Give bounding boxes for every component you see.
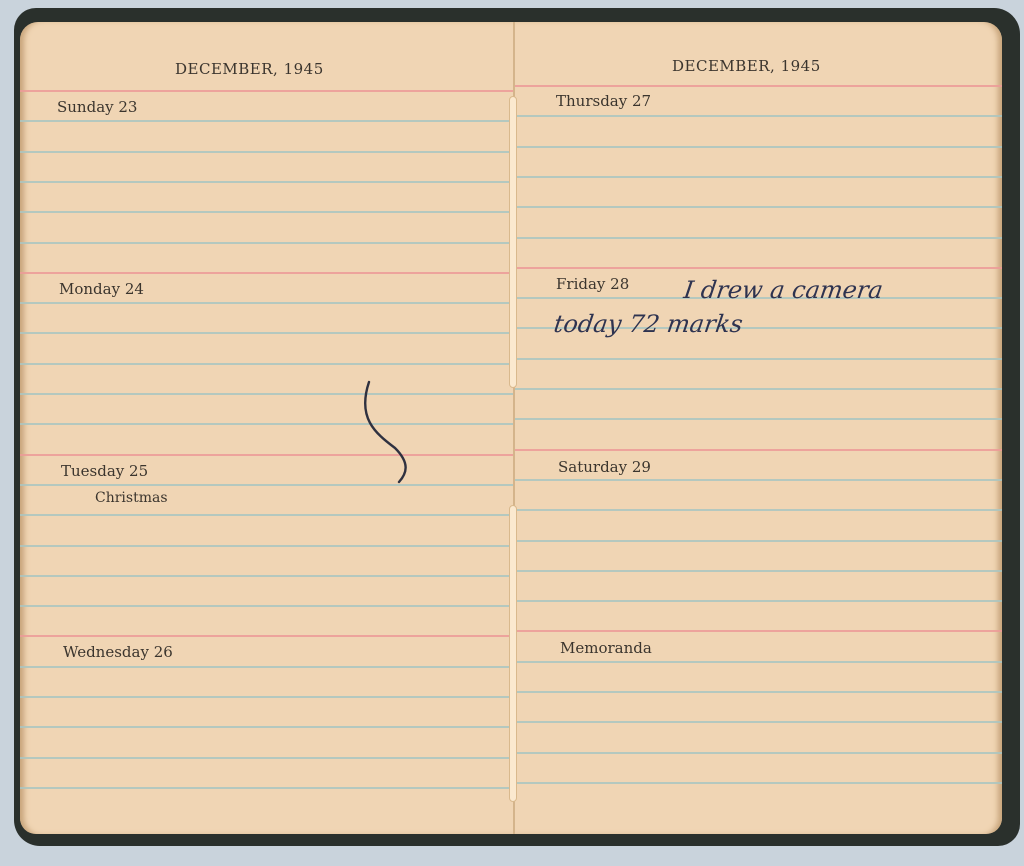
blue-rule-line [514, 509, 1002, 511]
blue-rule-line [20, 120, 514, 122]
blue-rule-line [20, 757, 514, 759]
blue-rule-line [20, 605, 514, 607]
day-label-saturday: Saturday 29 [558, 458, 651, 476]
day-label-monday: Monday 24 [59, 280, 144, 298]
blue-rule-line [514, 237, 1002, 239]
blue-rule-line [20, 787, 514, 789]
blue-rule-line [20, 211, 514, 213]
day-label-sunday: Sunday 23 [57, 98, 137, 116]
red-rule-line [514, 267, 1002, 269]
blue-rule-line [20, 575, 514, 577]
left-page-header: DECEMBER, 1945 [175, 60, 324, 78]
right-page: DECEMBER, 1945 Thursday 27 Friday 28 I d… [514, 22, 1002, 834]
blue-rule-line [514, 782, 1002, 784]
blue-rule-line [514, 479, 1002, 481]
blue-rule-line [514, 206, 1002, 208]
blue-rule-line [514, 752, 1002, 754]
handwritten-entry-line1: I drew a camera [682, 276, 885, 304]
right-page-header: DECEMBER, 1945 [672, 57, 821, 75]
blue-rule-line [20, 181, 514, 183]
blue-rule-line [20, 514, 514, 516]
binding-stitch-top [509, 96, 517, 388]
day-label-wednesday: Wednesday 26 [63, 643, 173, 661]
blue-rule-line [514, 600, 1002, 602]
red-rule-line [20, 454, 514, 456]
blue-rule-line [20, 666, 514, 668]
blue-rule-line [20, 726, 514, 728]
blue-rule-line [20, 393, 514, 395]
blue-rule-line [514, 418, 1002, 420]
holiday-note-christmas: Christmas [95, 490, 168, 506]
blue-rule-line [514, 176, 1002, 178]
blue-rule-line [20, 363, 514, 365]
left-page: DECEMBER, 1945 Sunday 23 Monday 24 Tuesd… [20, 22, 514, 834]
binding-stitch-bottom [509, 505, 517, 802]
blue-rule-line [20, 332, 514, 334]
blue-rule-line [20, 484, 514, 486]
memoranda-label: Memoranda [560, 639, 652, 657]
red-rule-line [20, 635, 514, 637]
day-label-friday: Friday 28 [556, 275, 629, 293]
blue-rule-line [514, 691, 1002, 693]
ink-squiggle-mark [355, 378, 415, 488]
red-rule-line [514, 85, 1002, 87]
red-rule-line [514, 449, 1002, 451]
day-label-thursday: Thursday 27 [556, 92, 651, 110]
blue-rule-line [514, 721, 1002, 723]
red-rule-line [20, 272, 514, 274]
blue-rule-line [20, 302, 514, 304]
blue-rule-line [514, 115, 1002, 117]
day-label-tuesday: Tuesday 25 [61, 462, 148, 480]
blue-rule-line [20, 151, 514, 153]
blue-rule-line [514, 661, 1002, 663]
red-rule-line [514, 630, 1002, 632]
blue-rule-line [20, 696, 514, 698]
handwritten-entry-line2: today 72 marks [552, 310, 744, 338]
blue-rule-line [514, 388, 1002, 390]
blue-rule-line [514, 358, 1002, 360]
blue-rule-line [514, 570, 1002, 572]
red-rule-line [20, 90, 514, 92]
blue-rule-line [20, 545, 514, 547]
blue-rule-line [20, 423, 514, 425]
blue-rule-line [514, 540, 1002, 542]
blue-rule-line [514, 146, 1002, 148]
blue-rule-line [20, 242, 514, 244]
